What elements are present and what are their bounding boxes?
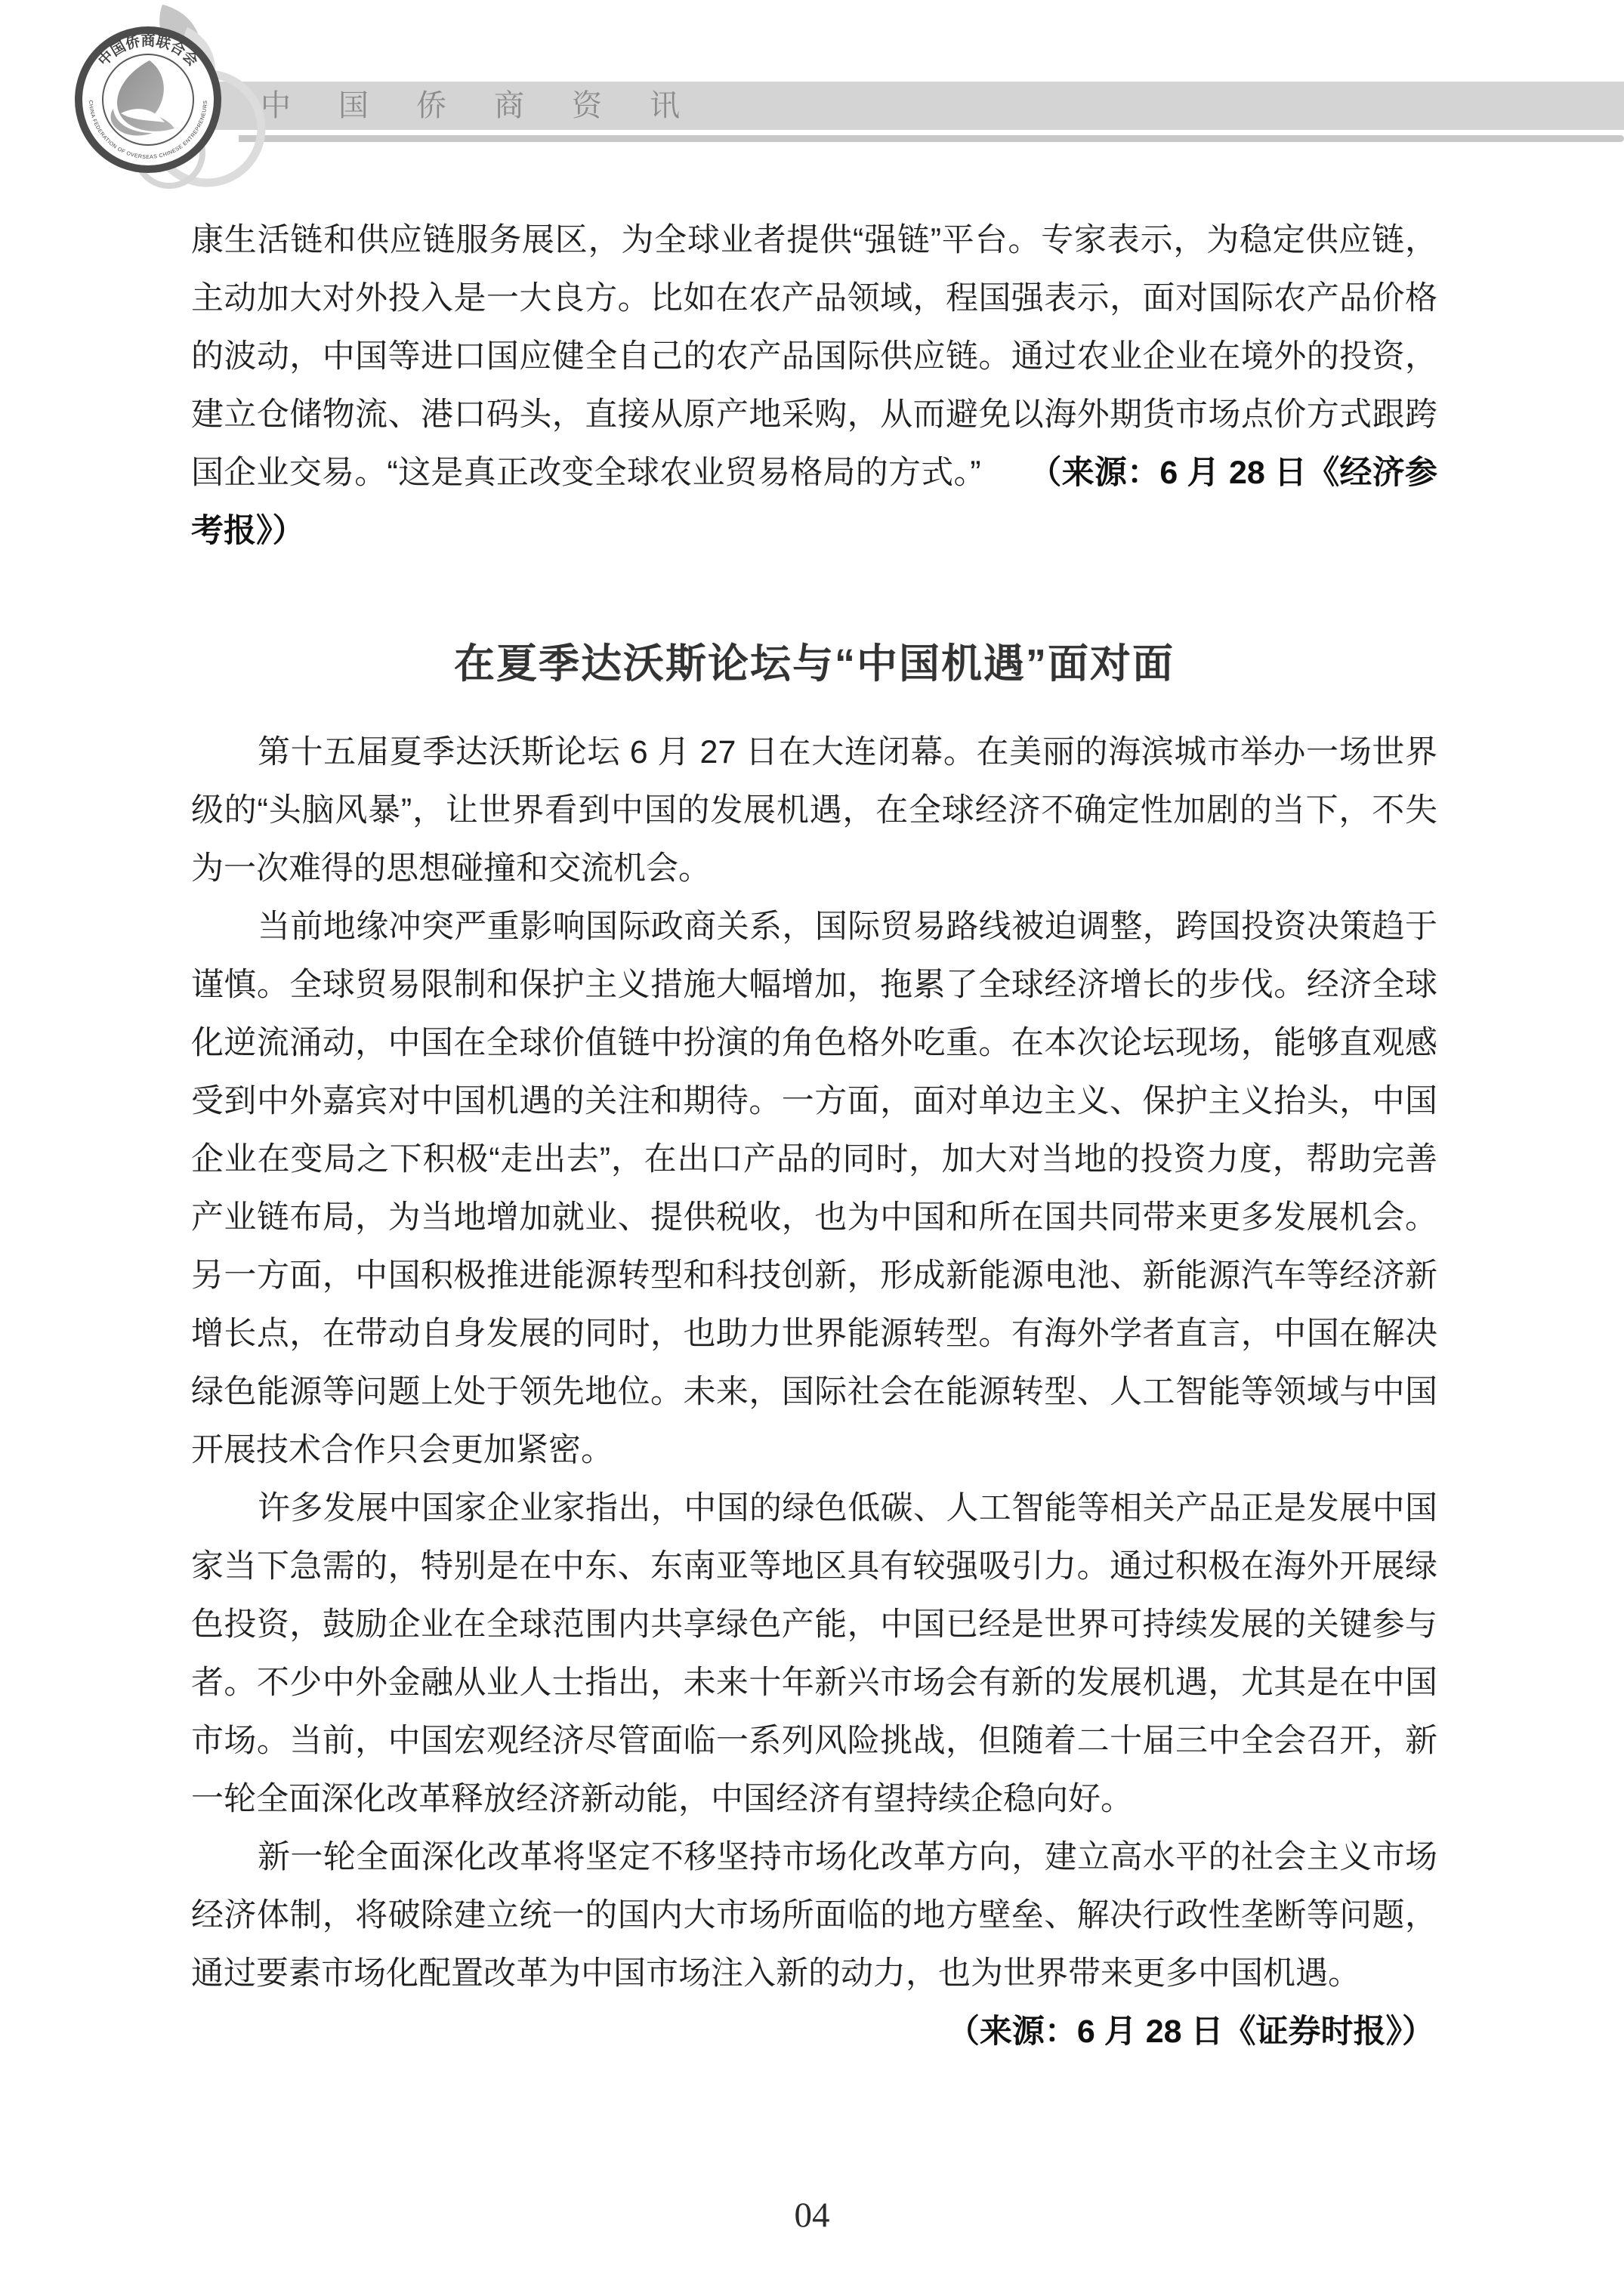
federation-seal-logo: 中国侨商联合会 CHINA FEDERATION OF OVERSEAS CHI… — [39, 2, 273, 190]
header-banner-subline — [239, 135, 1624, 142]
newsletter-masthead-title: 中国侨商资讯 — [261, 89, 727, 122]
article-paragraph-4: 新一轮全面深化改革将坚定不移坚持市场化改革方向，建立高水平的社会主义市场经济体制… — [191, 1829, 1437, 2003]
page-header: 中国侨商资讯 中国侨商联合会 CHINA FEDERATION OF OVERS… — [0, 0, 1624, 189]
page-number: 04 — [0, 2195, 1624, 2236]
page-body: 康生活链和供应链服务展区，为全球业者提供“强链”平台。专家表示，为稳定供应链，主… — [191, 211, 1437, 2061]
continued-paragraph: 康生活链和供应链服务展区，为全球业者提供“强链”平台。专家表示，为稳定供应链，主… — [191, 211, 1437, 560]
article-paragraph-1: 第十五届夏季达沃斯论坛 6 月 27 日在大连闭幕。在美丽的海滨城市举办一场世界… — [191, 724, 1437, 898]
article-title: 在夏季达沃斯论坛与“中国机遇”面对面 — [191, 640, 1437, 687]
article-paragraph-3: 许多发展中国家企业家指出，中国的绿色低碳、人工智能等相关产品正是发展中国家当下急… — [191, 1480, 1437, 1829]
continued-paragraph-text: 康生活链和供应链服务展区，为全球业者提供“强链”平台。专家表示，为稳定供应链，主… — [191, 222, 1437, 491]
article-paragraph-2: 当前地缘冲突严重影响国际政商关系，国际贸易路线被迫调整，跨国投资决策趋于谨慎。全… — [191, 898, 1437, 1480]
source-citation-securities-times: （来源：6 月 28 日《证券时报》） — [191, 2003, 1437, 2061]
